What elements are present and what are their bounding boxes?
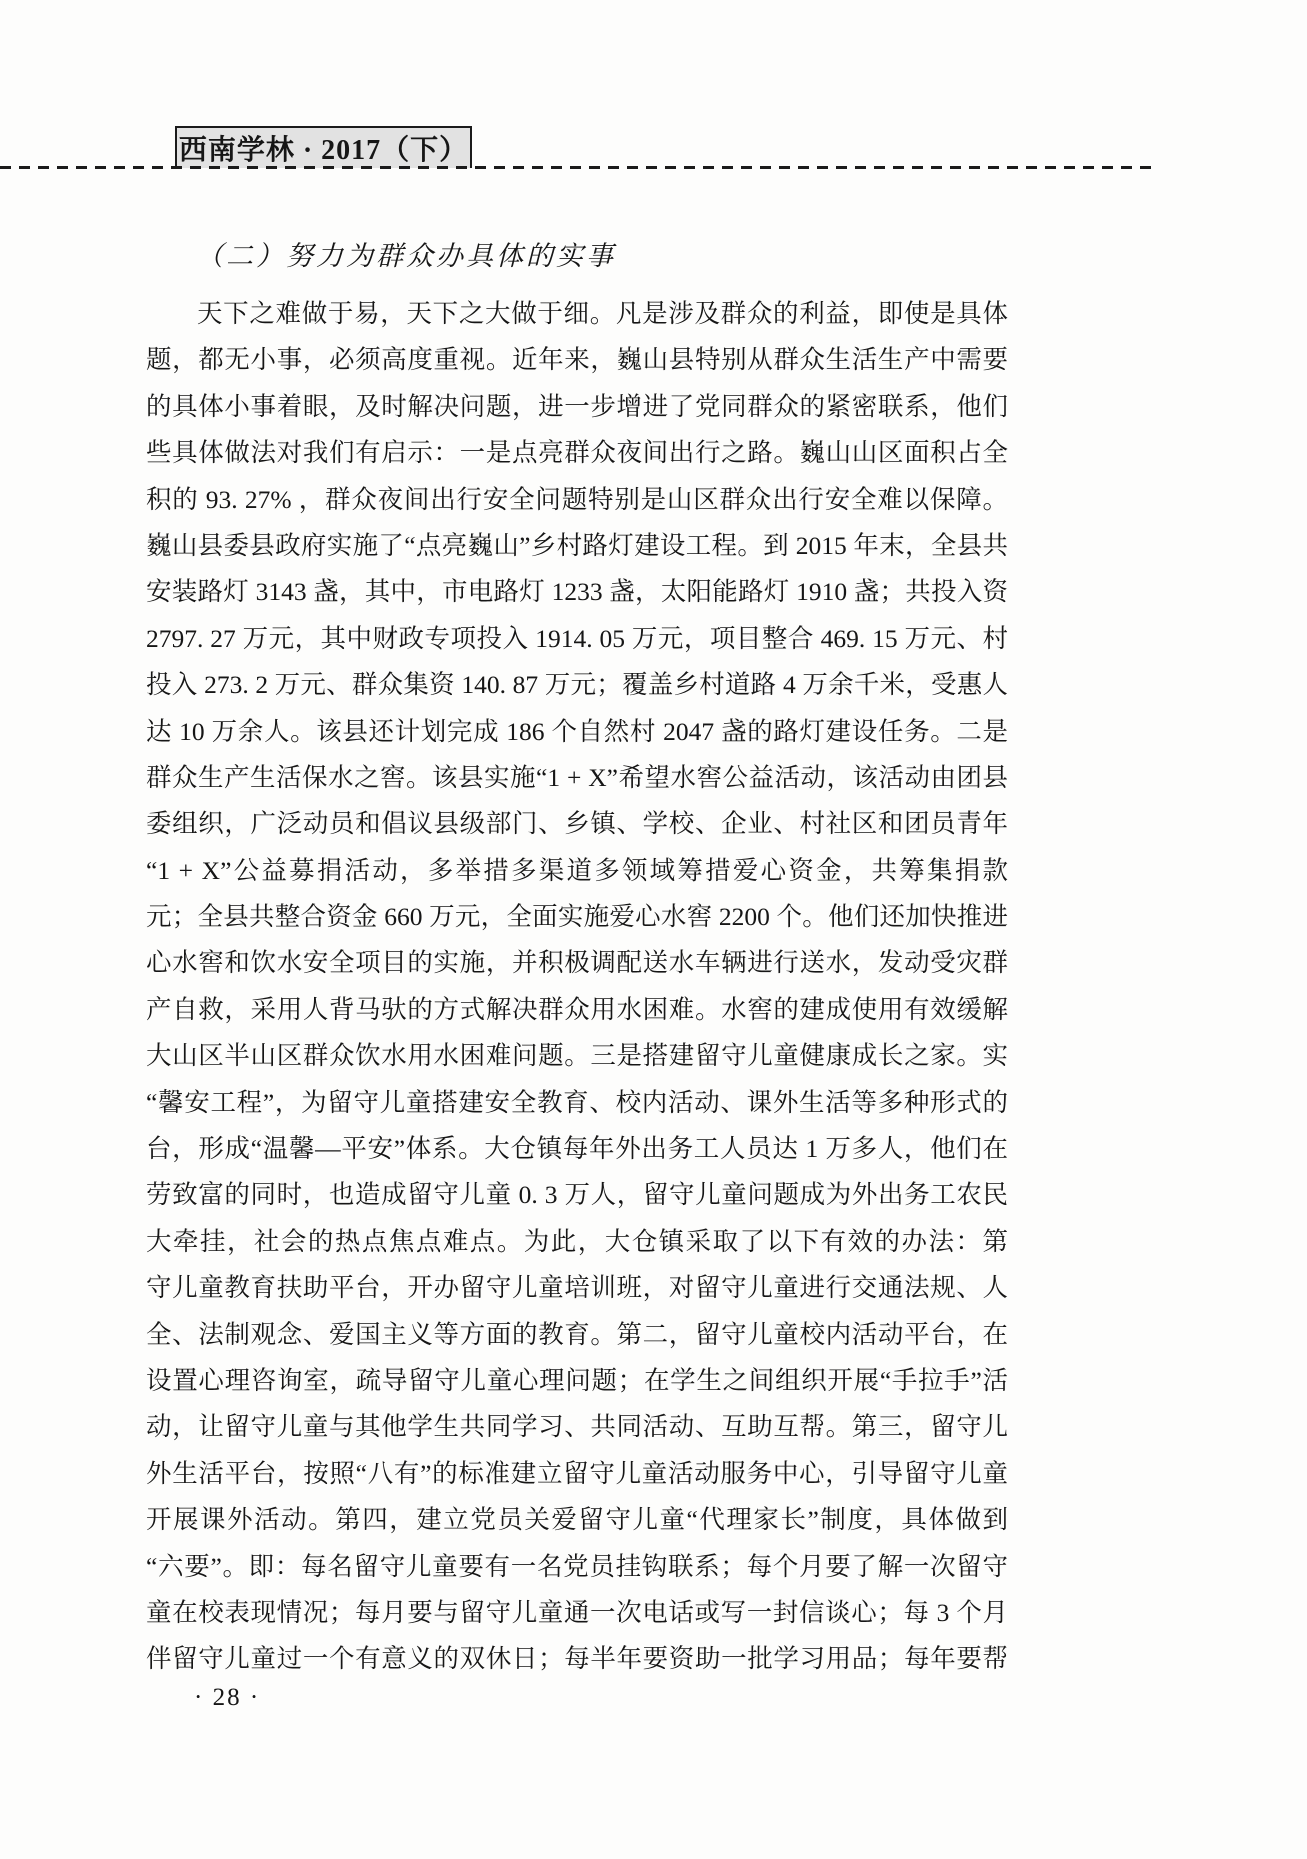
body-text-line: 心水窖和饮水安全项目的实施，并积极调配送水车辆进行送水，发动受灾群众生 [146,940,1008,986]
body-text-line: 积的 93. 27% ，群众夜间出行安全问题特别是山区群众出行安全难以保障。因此… [146,477,1008,523]
body-text-line: 全、法制观念、爱国主义等方面的教育。第二，留守儿童校内活动平台，在校内 [146,1312,1008,1358]
body-text-line: 大牵挂，社会的热点焦点难点。为此，大仓镇采取了以下有效的办法：第一，留 [146,1219,1008,1265]
body-text-line: 题，都无小事，必须高度重视。近年来，巍山县特别从群众生活生产中需要解决 [146,337,1008,383]
body-text-line: 达 10 万余人。该县还计划完成 186 个自然村 2047 盏的路灯建设任务。… [146,709,1008,755]
body-text-line: 动，让留守儿童与其他学生共同学习、共同活动、互助互帮。第三，留守儿童课 [146,1404,1008,1450]
body-text-line: 劳致富的同时，也造成留守儿童 0. 3 万人，留守儿童问题成为外出务工农民的最 [146,1172,1008,1218]
body-text-line: 巍山县委县政府实施了“点亮巍山”乡村路灯建设工程。到 2015 年末，全县共 [146,523,1008,569]
body-text-line: 大山区半山区群众饮水用水困难问题。三是搭建留守儿童健康成长之家。实施 [146,1033,1008,1079]
journal-header-badge: 西南学林 · 2017（下） [175,126,472,168]
body-text-line: 群众生产生活保水之窖。该县实施“1 + X”希望水窖公益活动，该活动由团县 [146,755,1008,801]
body-text-line: 些具体做法对我们有启示：一是点亮群众夜间出行之路。巍山山区面积占全县面 [146,430,1008,476]
body-text-line: 2797. 27 万元，其中财政专项投入 1914. 05 万元，项目整合 46… [146,616,1008,662]
body-text-line: 委组织，广泛动员和倡议县级部门、乡镇、学校、企业、村社区和团员青年投身 [146,801,1008,847]
body-text-line: 安装路灯 3143 盏，其中，市电路灯 1233 盏，太阳能路灯 1910 盏；… [146,569,1008,615]
body-text-line: 童在校表现情况；每月要与留守儿童通一次电话或写一封信谈心；每 3 个月要陪 [146,1590,1008,1636]
body-text-line: 的具体小事着眼，及时解决问题，进一步增进了党同群众的紧密联系，他们的一 [146,384,1008,430]
body-text-line: 开展课外活动。第四，建立党员关爱留守儿童“代理家长”制度，具体做到 [146,1497,1008,1543]
body-text-line: “六要”。即：每名留守儿童要有一名党员挂钩联系；每个月要了解一次留守儿 [146,1544,1008,1590]
body-text: 天下之难做于易，天下之大做于细。凡是涉及群众的利益，即使是具体的问题，都无小事，… [146,291,1008,1683]
journal-title: 西南学林 · 2017（下） [179,128,468,168]
body-text-line: 外生活平台，按照“八有”的标准建立留守儿童活动服务中心，引导留守儿童 [146,1451,1008,1497]
scanned-book-page: 西南学林 · 2017（下） （二）努力为群众办具体的实事 天下之难做于易，天下… [0,0,1307,1859]
page-number: · 28 · [194,1684,260,1712]
body-text-line: 元；全县共整合资金 660 万元，全面实施爱心水窖 2200 个。他们还加快推进… [146,894,1008,940]
section-heading: （二）努力为群众办具体的实事 [146,234,1008,273]
body-text-line: 投入 273. 2 万元、群众集资 140. 87 万元；覆盖乡村道路 4 万余… [146,662,1008,708]
body-text-line: 台，形成“温馨—平安”体系。大仓镇每年外出务工人员达 1 万多人，他们在勤 [146,1126,1008,1172]
body-text-line: 产自救，采用人背马驮的方式解决群众用水困难。水窖的建成使用有效缓解了广 [146,987,1008,1033]
body-text-line: 天下之难做于易，天下之大做于细。凡是涉及群众的利益，即使是具体的问 [146,291,1008,337]
body-text-line: 设置心理咨询室，疏导留守儿童心理问题；在学生之间组织开展“手拉手”活 [146,1358,1008,1404]
body-text-line: 守儿童教育扶助平台，开办留守儿童培训班，对留守儿童进行交通法规、人身安 [146,1265,1008,1311]
body-text-line: “馨安工程”，为留守儿童搭建安全教育、校内活动、课外生活等多种形式的平 [146,1080,1008,1126]
header-dashed-divider [0,166,1153,169]
body-text-line: 伴留守儿童过一个有意义的双休日；每半年要资助一批学习用品；每年要帮助留 [146,1636,1008,1682]
body-text-line: “1 + X”公益募捐活动，多举措多渠道多领域筹措爱心资金，共筹集捐款 3073… [146,848,1008,894]
